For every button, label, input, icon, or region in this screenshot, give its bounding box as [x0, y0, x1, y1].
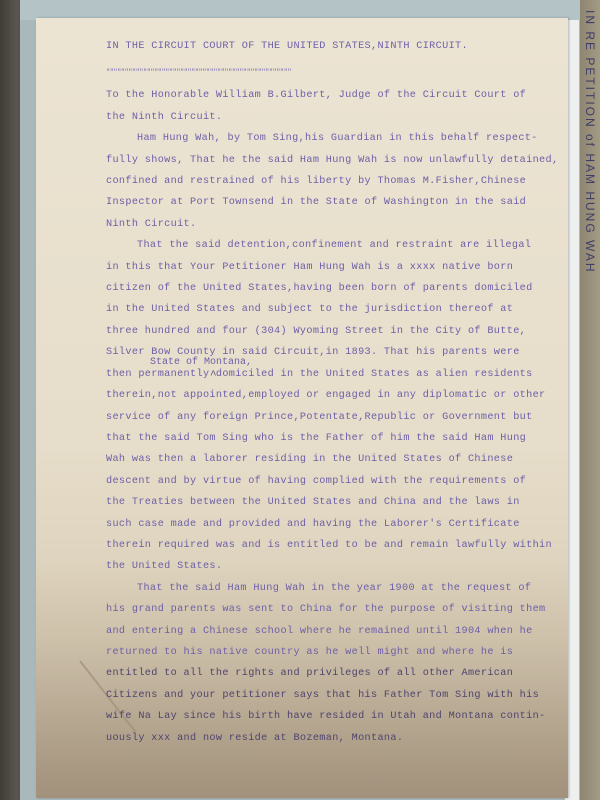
caret-mark-icon: ^	[210, 370, 217, 382]
text-line: Ninth Circuit.	[106, 214, 556, 235]
text-line: the United States.	[106, 556, 556, 577]
salutation-line: the Ninth Circuit.	[106, 107, 556, 128]
text-line: That the said detention,confinement and …	[106, 235, 556, 256]
text-line: in this that Your Petitioner Ham Hung Wa…	[106, 257, 556, 278]
interlinear-insert: State of Montana,	[150, 357, 252, 368]
text-line: confined and restrained of his liberty b…	[106, 171, 556, 192]
text-line: Ham Hung Wah, by Tom Sing,his Guardian i…	[106, 128, 556, 149]
paragraph-1: Ham Hung Wah, by Tom Sing,his Guardian i…	[106, 128, 556, 235]
document-body: IN THE CIRCUIT COURT OF THE UNITED STATE…	[106, 36, 556, 749]
text-line: entitled to all the rights and privilege…	[106, 663, 556, 684]
salutation-line: To the Honorable William B.Gilbert, Judg…	[106, 85, 556, 106]
paragraph-2: That the said detention,confinement and …	[106, 235, 556, 578]
text-line: descent and by virtue of having complied…	[106, 471, 556, 492]
text-line: Citizens and your petitioner says that h…	[106, 685, 556, 706]
text-line: wife Na Lay since his birth have resided…	[106, 706, 556, 727]
text-line: returned to his native country as he wel…	[106, 642, 556, 663]
salutation: To the Honorable William B.Gilbert, Judg…	[106, 85, 556, 128]
text-line: three hundred and four (304) Wyoming Str…	[106, 321, 556, 342]
text-line: service of any foreign Prince,Potentate,…	[106, 407, 556, 428]
text-line: citizen of the United States,having been…	[106, 278, 556, 299]
text-line: fully shows, That he the said Ham Hung W…	[106, 150, 556, 171]
folder-label: IN RE PETITION of HAM HUNG WAH	[583, 10, 597, 274]
text-line: uously xxx and now reside at Bozeman, Mo…	[106, 728, 556, 749]
text-line: That the said Ham Hung Wah in the year 1…	[106, 578, 556, 599]
text-line: Wah was then a laborer residing in the U…	[106, 449, 556, 470]
backing-sheet-top	[20, 0, 595, 20]
text-line: Inspector at Port Townsend in the State …	[106, 192, 556, 213]
separator-line: """"""""""""""""""""""""""""""""""""""""…	[106, 65, 556, 81]
text-line: therein,not appointed,employed or engage…	[106, 385, 556, 406]
document-title: IN THE CIRCUIT COURT OF THE UNITED STATE…	[106, 36, 556, 57]
text-line: and entering a Chinese school where he r…	[106, 621, 556, 642]
text-line: the Treaties between the United States a…	[106, 492, 556, 513]
text-line: his grand parents was sent to China for …	[106, 599, 556, 620]
paragraph-3: That the said Ham Hung Wah in the year 1…	[106, 578, 556, 749]
text-line: therein required was and is entitled to …	[106, 535, 556, 556]
text-line: such case made and provided and having t…	[106, 514, 556, 535]
text-line: that the said Tom Sing who is the Father…	[106, 428, 556, 449]
text-line: in the United States and subject to the …	[106, 299, 556, 320]
